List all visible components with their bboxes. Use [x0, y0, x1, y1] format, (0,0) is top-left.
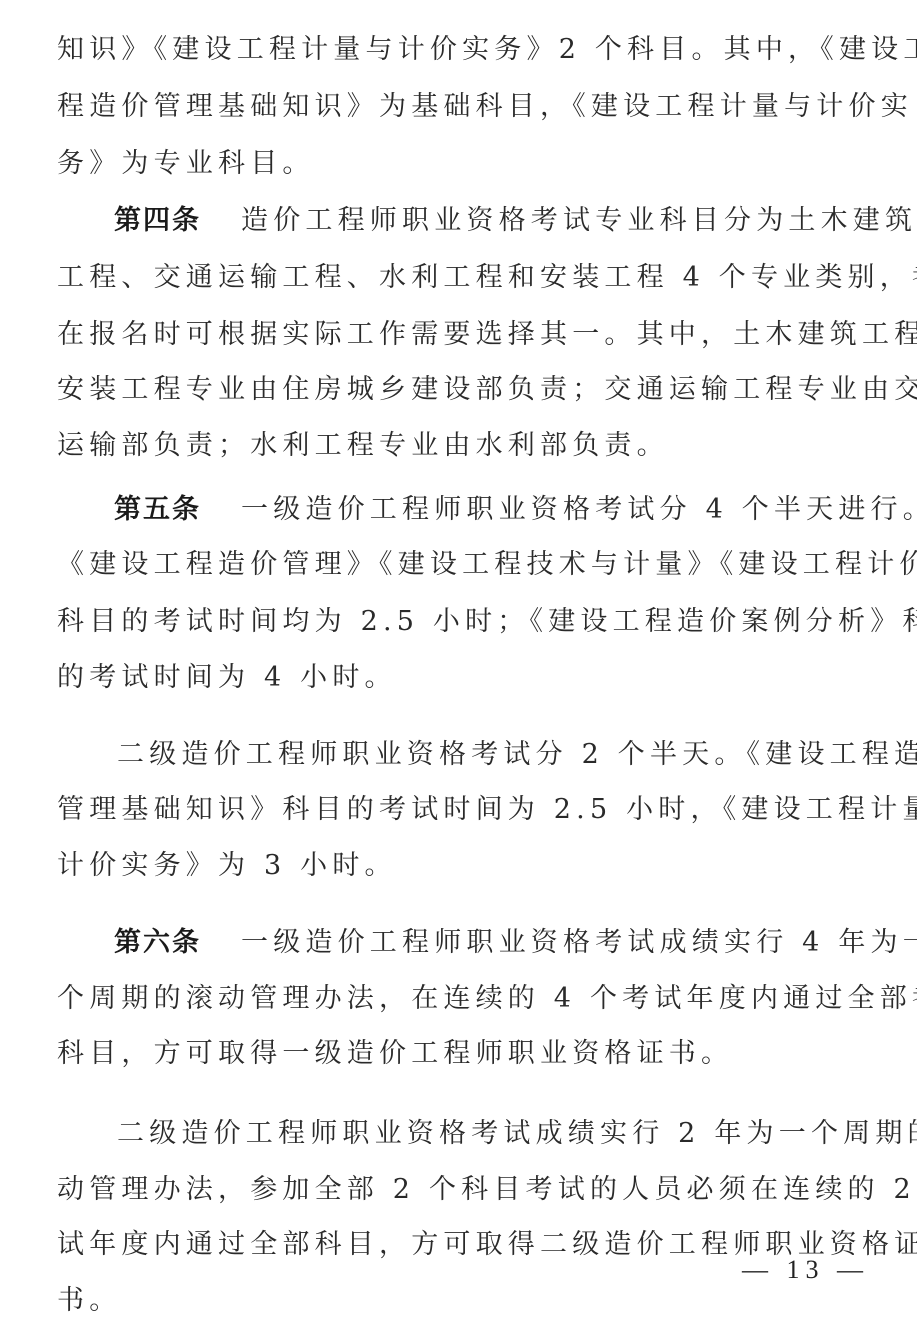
text-line: 个周期的滚动管理办法，在连续的 4 个考试年度内通过全部考试	[57, 979, 917, 1019]
text-line: 安装工程专业由住房城乡建设部负责；交通运输工程专业由交通	[57, 370, 917, 410]
line-text: 在报名时可根据实际工作需要选择其一。其中，土木建筑工程、	[57, 319, 917, 350]
line-text: 程造价管理基础知识》为基础科目，《建设工程计量与计价实	[57, 91, 913, 122]
text-line: 程造价管理基础知识》为基础科目，《建设工程计量与计价实	[57, 87, 913, 127]
line-text: 个周期的滚动管理办法，在连续的 4 个考试年度内通过全部考试	[57, 983, 917, 1014]
line-text: 管理基础知识》科目的考试时间为 2.5 小时，《建设工程计量与	[57, 794, 917, 825]
text-line: 计价实务》为 3 小时。	[57, 846, 397, 886]
line-text: 务》为专业科目。	[57, 148, 315, 179]
article-5-first-line: 第五条一级造价工程师职业资格考试分 4 个半天进行。	[114, 490, 917, 530]
text-line: 运输部负责；水利工程专业由水利部负责。	[57, 426, 669, 466]
text-line: 的考试时间为 4 小时。	[57, 658, 397, 698]
text-line: 动管理办法，参加全部 2 个科目考试的人员必须在连续的 2 个考	[57, 1170, 917, 1210]
article-heading: 第四条	[114, 205, 201, 236]
line-text: 科目，方可取得一级造价工程师职业资格证书。	[57, 1038, 733, 1069]
text-line: 科目的考试时间均为 2.5 小时；《建设工程造价案例分析》科目	[57, 602, 917, 642]
line-text: 二级造价工程师职业资格考试分 2 个半天。《建设工程造价	[117, 739, 917, 770]
line-text: 造价工程师职业资格考试专业科目分为土木建筑	[241, 205, 917, 236]
line-text: 动管理办法，参加全部 2 个科目考试的人员必须在连续的 2 个考	[57, 1174, 917, 1205]
text-line: 管理基础知识》科目的考试时间为 2.5 小时，《建设工程计量与	[57, 790, 917, 830]
paragraph-first-line: 二级造价工程师职业资格考试成绩实行 2 年为一个周期的滚	[117, 1114, 917, 1154]
article-heading: 第五条	[114, 494, 201, 525]
text-line: 《建设工程造价管理》《建设工程技术与计量》《建设工程计价》	[57, 545, 917, 585]
line-text: 一级造价工程师职业资格考试成绩实行 4 年为一	[241, 927, 917, 958]
text-line: 知识》《建设工程计量与计价实务》2 个科目。其中，《建设工	[57, 30, 917, 70]
text-line: 工程、交通运输工程、水利工程和安装工程 4 个专业类别，考生	[57, 258, 917, 298]
text-line: 务》为专业科目。	[57, 144, 315, 184]
line-text: 《建设工程造价管理》《建设工程技术与计量》《建设工程计价》	[57, 549, 917, 580]
page-number: — 13 —	[742, 1255, 869, 1285]
line-text: 科目的考试时间均为 2.5 小时；《建设工程造价案例分析》科目	[57, 606, 917, 637]
line-text: 运输部负责；水利工程专业由水利部负责。	[57, 430, 669, 461]
text-line: 在报名时可根据实际工作需要选择其一。其中，土木建筑工程、	[57, 315, 917, 355]
text-line: 科目，方可取得一级造价工程师职业资格证书。	[57, 1034, 733, 1074]
line-text: 安装工程专业由住房城乡建设部负责；交通运输工程专业由交通	[57, 374, 917, 405]
line-text: 二级造价工程师职业资格考试成绩实行 2 年为一个周期的滚	[117, 1118, 917, 1149]
line-text: 的考试时间为 4 小时。	[57, 662, 397, 693]
article-heading: 第六条	[114, 927, 201, 958]
article-6-first-line: 第六条一级造价工程师职业资格考试成绩实行 4 年为一	[114, 923, 917, 963]
line-text: 计价实务》为 3 小时。	[57, 850, 397, 881]
line-text: 知识》《建设工程计量与计价实务》2 个科目。其中，《建设工	[57, 34, 917, 65]
paragraph-first-line: 二级造价工程师职业资格考试分 2 个半天。《建设工程造价	[117, 735, 917, 775]
line-text: 书。	[57, 1285, 121, 1316]
line-text: 一级造价工程师职业资格考试分 4 个半天进行。	[241, 494, 917, 525]
text-line: 书。	[57, 1281, 121, 1317]
line-text: 工程、交通运输工程、水利工程和安装工程 4 个专业类别，考生	[57, 262, 917, 293]
article-4-first-line: 第四条造价工程师职业资格考试专业科目分为土木建筑	[114, 201, 917, 241]
